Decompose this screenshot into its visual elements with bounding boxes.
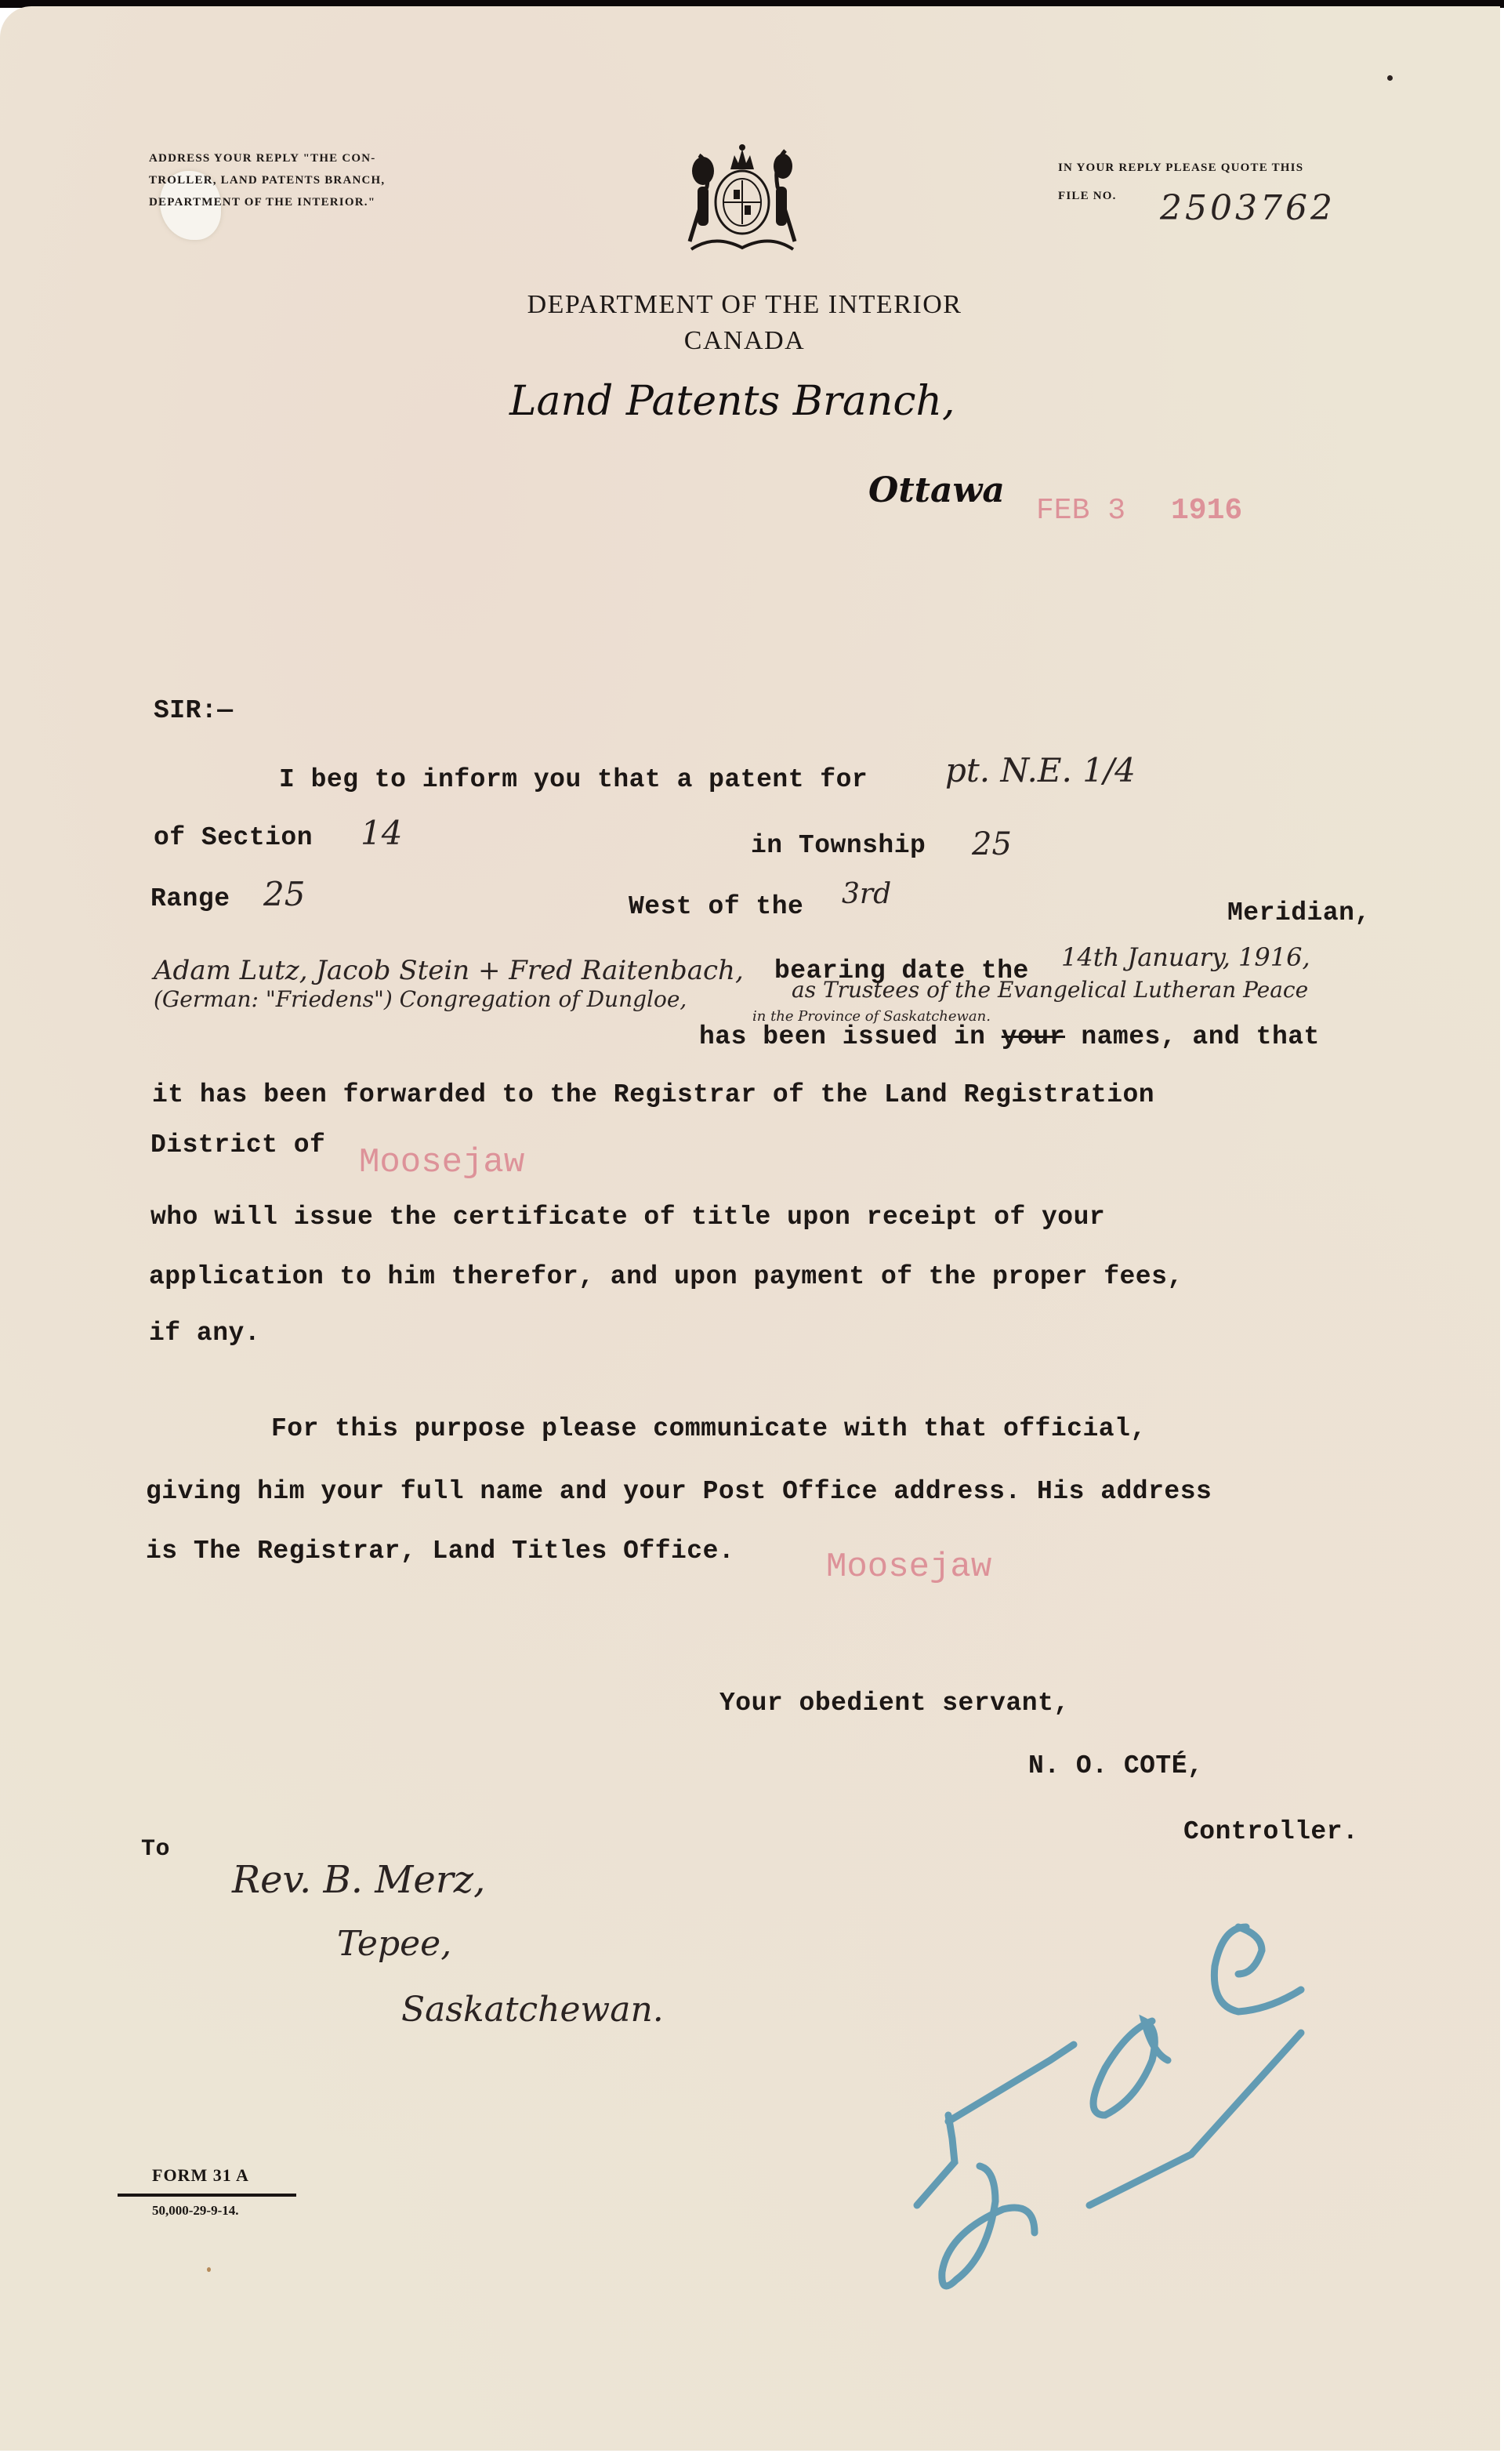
- form-rule: [118, 2194, 296, 2197]
- date-stamp-year: 1916: [1171, 494, 1242, 528]
- forwarded-line: it has been forwarded to the Registrar o…: [152, 1080, 1154, 1109]
- blue-crayon-annotation-icon: [893, 1903, 1332, 2342]
- township-value: 25: [972, 826, 1012, 862]
- para1-line: if any.: [149, 1319, 260, 1348]
- ink-speck: [1387, 75, 1393, 81]
- letter-page: ADDRESS YOUR REPLY "THE CON- TROLLER, LA…: [0, 6, 1500, 2451]
- meridian-label: Meridian,: [1227, 898, 1371, 927]
- meridian-value: 3rd: [842, 878, 891, 910]
- country-title: CANADA: [470, 326, 1019, 356]
- issued-line: has been issued in your names, and that: [699, 1022, 1320, 1051]
- township-label: in Township: [751, 831, 926, 860]
- city-name: Ottawa: [868, 470, 1005, 510]
- section-value: 14: [361, 814, 402, 852]
- reply-quote-line: IN YOUR REPLY PLEASE QUOTE THIS: [1058, 157, 1303, 179]
- district-label: District of: [150, 1130, 325, 1159]
- para1-line: who will issue the certificate of title …: [150, 1203, 1105, 1232]
- to-label: To: [141, 1836, 170, 1863]
- issued-prefix: has been issued in: [699, 1022, 985, 1051]
- para1-line: application to him therefor, and upon pa…: [149, 1262, 1183, 1291]
- file-number: 2503762: [1160, 188, 1335, 228]
- range-value: 25: [263, 875, 305, 913]
- branch-name: Land Patents Branch,: [509, 378, 955, 425]
- ink-speck: [207, 2267, 211, 2272]
- signatory-name: N. O. COTÉ,: [1028, 1751, 1203, 1780]
- department-title: DEPARTMENT OF THE INTERIOR: [470, 290, 1019, 320]
- reply-address-line: DEPARTMENT OF THE INTERIOR.": [149, 191, 385, 213]
- west-of-the-label: West of the: [629, 892, 803, 921]
- reply-address-block: ADDRESS YOUR REPLY "THE CON- TROLLER, LA…: [149, 147, 385, 213]
- section-label: of Section: [154, 823, 313, 852]
- range-label: Range: [150, 884, 230, 913]
- district-stamp: Moosejaw: [359, 1143, 524, 1182]
- royal-coat-of-arms-icon: [668, 140, 817, 259]
- print-code: 50,000-29-9-14.: [152, 2203, 238, 2219]
- reply-address-line: ADDRESS YOUR REPLY "THE CON-: [149, 147, 385, 169]
- complimentary-close: Your obedient servant,: [719, 1689, 1070, 1718]
- form-number: FORM 31 A: [152, 2165, 249, 2186]
- reply-address-line: TROLLER, LAND PATENTS BRANCH,: [149, 169, 385, 191]
- signatory-title: Controller.: [1183, 1817, 1358, 1846]
- addressee-town: Tepee,: [337, 1924, 451, 1964]
- patent-intro: I beg to inform you that a patent for: [279, 765, 868, 794]
- issued-suffix: names, and that: [1081, 1022, 1320, 1051]
- para2-line: giving him your full name and your Post …: [146, 1477, 1212, 1506]
- salutation: SIR:—: [154, 696, 234, 725]
- office-stamp: Moosejaw: [826, 1548, 991, 1587]
- date-stamp-month-day: FEB 3: [1036, 494, 1125, 528]
- para2-line: For this purpose please communicate with…: [271, 1414, 1147, 1443]
- parcel-description: pt. N.E. 1/4: [945, 751, 1136, 789]
- congregation-line: (German: "Friedens") Congregation of Dun…: [154, 986, 687, 1012]
- grantees-names: Adam Lutz, Jacob Stein + Fred Raitenbach…: [154, 955, 744, 986]
- para2-line: is The Registrar, Land Titles Office.: [146, 1537, 734, 1566]
- trustees-line: as Trustees of the Evangelical Lutheran …: [792, 977, 1308, 1003]
- bearing-date-value: 14th January, 1916,: [1061, 942, 1310, 972]
- struck-word: your: [1002, 1022, 1065, 1051]
- addressee-province: Saskatchewan.: [401, 1990, 664, 2030]
- addressee-name: Rev. B. Merz,: [232, 1858, 485, 1902]
